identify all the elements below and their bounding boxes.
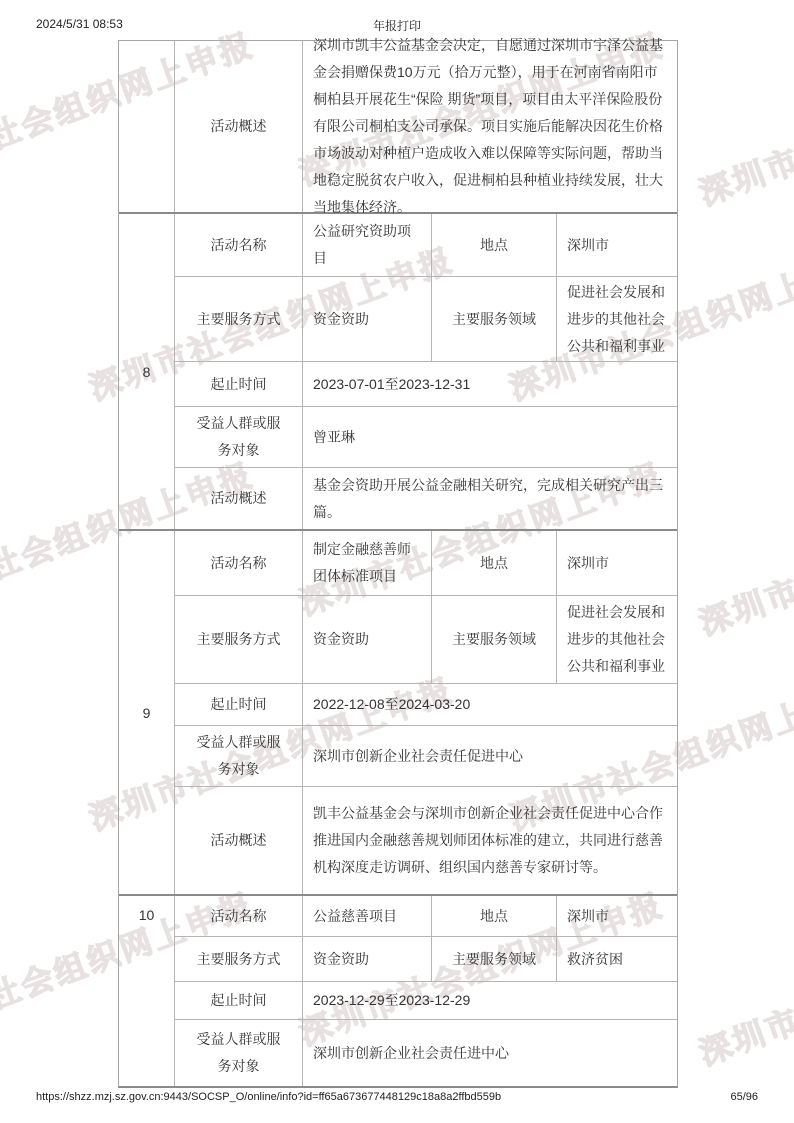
service-field-label: 主要服务领域 — [432, 277, 557, 361]
location-label: 地点 — [432, 214, 557, 276]
overview-label: 活动概述 — [175, 787, 303, 894]
location-value: 深圳市 — [557, 531, 677, 595]
location-value: 深圳市 — [557, 214, 677, 276]
watermark-text: 深圳市社会组织网上申报 — [692, 900, 794, 1075]
print-footer-url: https://shzz.mzj.sz.gov.cn:9443/SOCSP_O/… — [36, 1091, 501, 1103]
row-number-cell: 10 — [119, 896, 175, 1086]
service-field-value: 促进社会发展和进步的其他社会公共和福利事业 — [557, 277, 677, 361]
service-field-label: 主要服务领域 — [432, 596, 557, 683]
overview-value: 基金会资助开展公益金融相关研究，完成相关研究产出三篇。 — [303, 468, 677, 529]
overview-value: 凯丰公益基金会与深圳市创新企业社会责任促进中心合作推进国内金融慈善规划师团体标准… — [303, 787, 677, 894]
watermark-text: 深圳市社会组织网上申报 — [692, 470, 794, 645]
service-field-value: 促进社会发展和进步的其他社会公共和福利事业 — [557, 596, 677, 683]
activity-name-label: 活动名称 — [175, 896, 303, 936]
beneficiary-value: 深圳市创新企业社会责任进中心 — [303, 1020, 677, 1086]
beneficiary-value: 深圳市创新企业社会责任促进中心 — [303, 726, 677, 786]
activity-block-partial: 活动概述 深圳市凯丰公益基金会决定，自愿通过深圳市宇泽公益基金会捐赠保费10万元… — [119, 41, 677, 212]
overview-value: 深圳市凯丰公益基金会决定，自愿通过深圳市宇泽公益基金会捐赠保费10万元（拾万元整… — [303, 41, 677, 212]
location-value: 深圳市 — [557, 896, 677, 936]
row-number-cell: 8 — [119, 214, 175, 529]
activity-name-value: 公益慈善项目 — [303, 896, 432, 936]
duration-label: 起止时间 — [175, 684, 303, 725]
duration-value: 2023-07-01至2023-12-31 — [303, 362, 677, 406]
activity-block-9: 9 活动名称 制定金融慈善师团体标准项目 地点 深圳市 主要服务方式 资金资助 … — [119, 529, 677, 894]
service-method-label: 主要服务方式 — [175, 277, 303, 361]
location-label: 地点 — [432, 531, 557, 595]
overview-label: 活动概述 — [175, 468, 303, 529]
beneficiary-value: 曾亚琳 — [303, 407, 677, 467]
activity-name-label: 活动名称 — [175, 214, 303, 276]
overview-label: 活动概述 — [175, 41, 303, 212]
location-label: 地点 — [432, 896, 557, 936]
duration-value: 2023-12-29至2023-12-29 — [303, 982, 677, 1019]
duration-label: 起止时间 — [175, 362, 303, 406]
row-number-cell: 9 — [119, 531, 175, 894]
activity-block-8: 8 活动名称 公益研究资助项目 地点 深圳市 主要服务方式 资金资助 主要服务领… — [119, 212, 677, 529]
beneficiary-label: 受益人群或服务对象 — [175, 1020, 303, 1086]
service-method-value: 资金资助 — [303, 277, 432, 361]
activities-table: 活动概述 深圳市凯丰公益基金会决定，自愿通过深圳市宇泽公益基金会捐赠保费10万元… — [118, 40, 678, 1088]
service-method-label: 主要服务方式 — [175, 937, 303, 981]
service-method-label: 主要服务方式 — [175, 596, 303, 683]
activity-name-label: 活动名称 — [175, 531, 303, 595]
service-field-value: 救济贫困 — [557, 937, 677, 981]
row-number-cell — [119, 41, 175, 212]
beneficiary-label: 受益人群或服务对象 — [175, 726, 303, 786]
service-field-label: 主要服务领域 — [432, 937, 557, 981]
duration-label: 起止时间 — [175, 982, 303, 1019]
activity-name-value: 制定金融慈善师团体标准项目 — [303, 531, 432, 595]
beneficiary-label: 受益人群或服务对象 — [175, 407, 303, 467]
service-method-value: 资金资助 — [303, 937, 432, 981]
duration-value: 2022-12-08至2024-03-20 — [303, 684, 677, 725]
activity-block-10: 10 活动名称 公益慈善项目 地点 深圳市 主要服务方式 资金资助 主要服务领域… — [119, 894, 677, 1086]
print-footer-page-number: 65/96 — [730, 1091, 758, 1103]
activity-name-value: 公益研究资助项目 — [303, 214, 432, 276]
service-method-value: 资金资助 — [303, 596, 432, 683]
watermark-text: 深圳市社会组织网上申报 — [692, 40, 794, 215]
